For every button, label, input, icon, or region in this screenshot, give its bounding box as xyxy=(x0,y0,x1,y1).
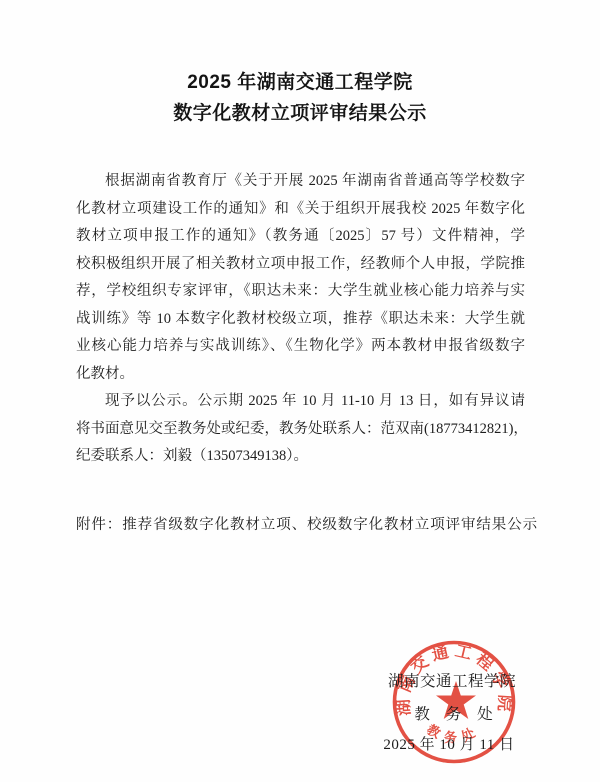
body-text-line: 校积极组织开展了相关教材立项申报工作，经教师个人申报，学院推 xyxy=(76,251,525,279)
body-text-line: 将书面意见交至教务处或纪委，教务处联系人：范双南(18773412821)， xyxy=(76,416,525,444)
signature-department: 教 务 处 xyxy=(414,702,493,724)
body-text-line: 根据湖南省教育厅《关于开展 2025 年湖南省普通高等学校数字 xyxy=(76,168,525,196)
title-line-2: 数字化教材立项评审结果公示 xyxy=(0,98,600,129)
body-text-line: 化教材。 xyxy=(76,361,525,389)
attachment-line: 附件：推荐省级数字化教材立项、校级数字化教材立项评审结果公示 xyxy=(76,514,576,536)
document-page: 2025 年湖南交通工程学院 数字化教材立项评审结果公示 根据湖南省教育厅《关于… xyxy=(0,0,600,782)
document-body: 根据湖南省教育厅《关于开展 2025 年湖南省普通高等学校数字 化教材立项建设工… xyxy=(76,168,525,471)
signature-date: 2025 年 10 月 11 日 xyxy=(383,733,514,754)
signature-organization: 湖南交通工程学院 xyxy=(388,669,516,691)
body-text-line: 纪委联系人：刘毅（13507349138）。 xyxy=(76,443,525,471)
body-text-line: 化教材立项建设工作的通知》和《关于组织开展我校 2025 年数字化 xyxy=(76,196,525,224)
body-text-line: 现予以公示。公示期 2025 年 10 月 11-10 月 13 日，如有异议请 xyxy=(76,388,525,416)
document-title: 2025 年湖南交通工程学院 数字化教材立项评审结果公示 xyxy=(0,67,600,129)
body-text-line: 业核心能力培养与实战训练》、《生物化学》两本教材申报省级数字 xyxy=(76,333,525,361)
body-text-line: 战训练》等 10 本数字化教材校级立项，推荐《职达未来：大学生就 xyxy=(76,306,525,334)
body-text-line: 荐，学校组织专家评审，《职达未来：大学生就业核心能力培养与实 xyxy=(76,278,525,306)
title-line-1: 2025 年湖南交通工程学院 xyxy=(0,67,600,98)
body-text-line: 教材立项申报工作的通知》（教务通〔2025〕57 号）文件精神，学 xyxy=(76,223,525,251)
